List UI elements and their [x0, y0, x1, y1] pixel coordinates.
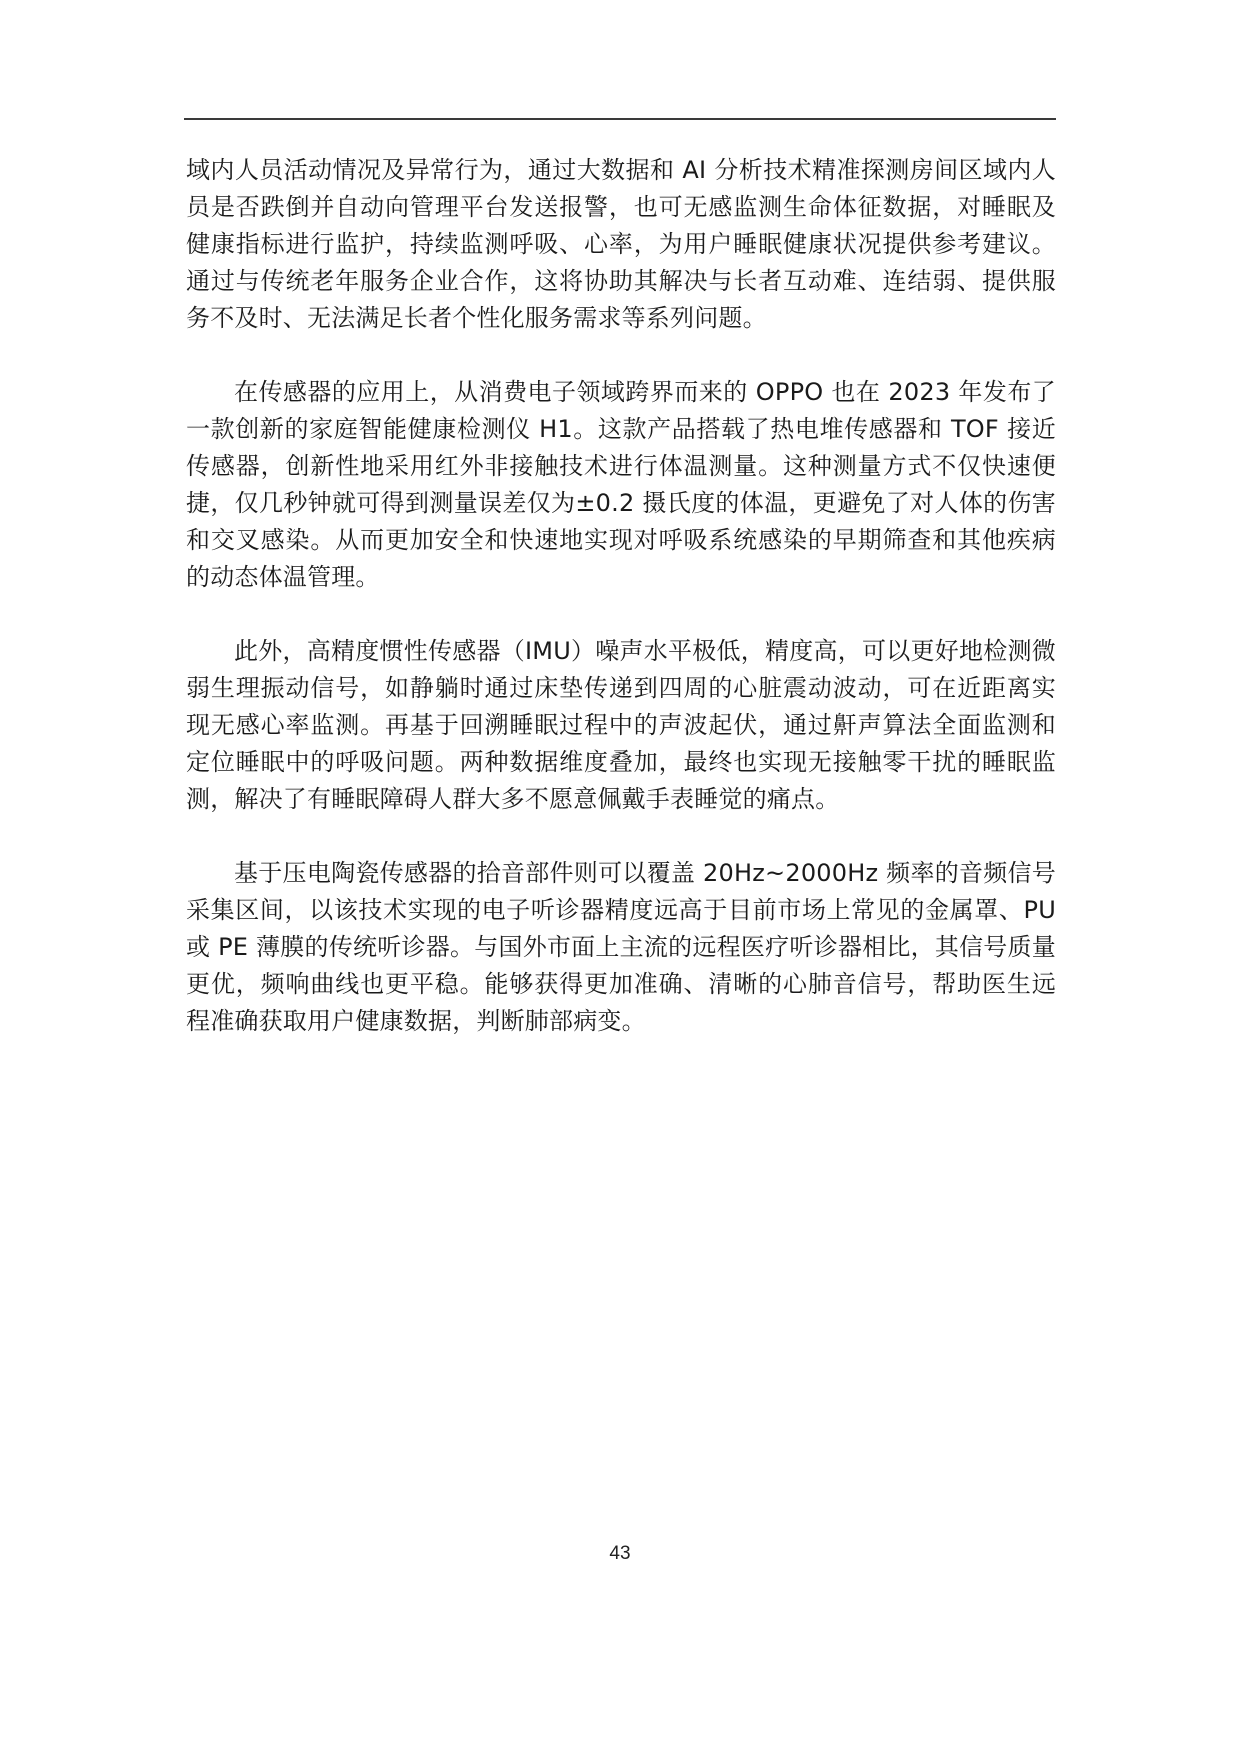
- paragraph-oppo-h1: 在传感器的应用上，从消费电子领域跨界而来的 OPPO 也在 2023 年发布了一…: [186, 374, 1056, 596]
- paragraph-imu-sensor: 此外，高精度惯性传感器（IMU）噪声水平极低，精度高，可以更好地检测微弱生理振动…: [186, 633, 1056, 818]
- document-body: 域内人员活动情况及异常行为，通过大数据和 AI 分析技术精准探测房间区域内人员是…: [186, 152, 1056, 1077]
- paragraph-piezo-stethoscope: 基于压电陶瓷传感器的拾音部件则可以覆盖 20Hz~2000Hz 频率的音频信号采…: [186, 855, 1056, 1040]
- page-number: 43: [0, 1543, 1240, 1565]
- header-rule: [184, 118, 1056, 120]
- paragraph-continuation: 域内人员活动情况及异常行为，通过大数据和 AI 分析技术精准探测房间区域内人员是…: [186, 152, 1056, 337]
